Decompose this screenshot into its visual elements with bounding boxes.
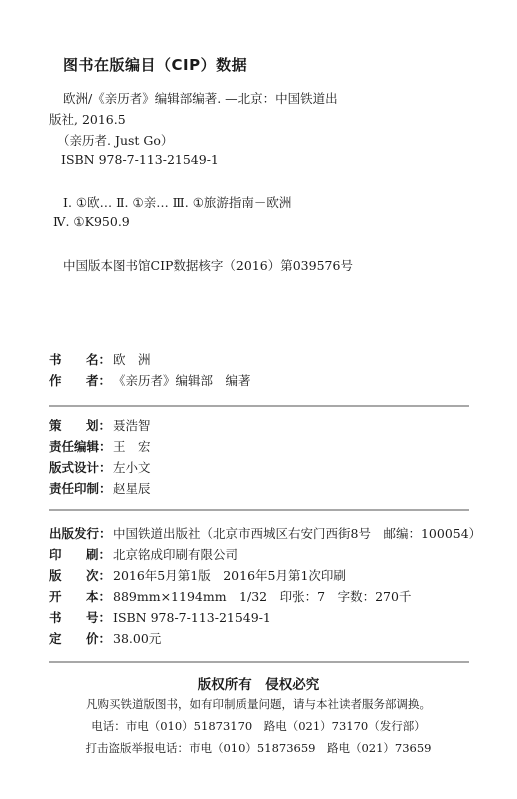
format-value: 889mm×1194mm 1/32 印张：7 字数：270千 (113, 587, 411, 605)
cip-line-classification: Ⅰ. ①欧… Ⅱ. ①亲… Ⅲ. ①旅游指南－欧洲 (63, 193, 291, 211)
copyright-notice: 凡购买铁道版图书，如有印制质量问题，请与本社读者服务部调换。 (0, 696, 517, 712)
divider (49, 509, 469, 511)
publication-row: 版次： 2016年5月第1版 2016年5月第1次印刷 (49, 566, 346, 584)
label: 刷： (86, 545, 111, 563)
label: 开 (49, 587, 62, 605)
cip-title: 图书在版编目（CIP）数据 (63, 54, 247, 75)
label: 书 (49, 350, 62, 368)
label: 作 (49, 371, 62, 389)
label: 定 (49, 629, 62, 647)
label: 次： (86, 566, 111, 584)
copyright-title: 版权所有 侵权必究 (0, 673, 517, 693)
publication-row: 出版发行： 中国铁道出版社（北京市西城区右安门西街8号 邮编：100054） (49, 524, 481, 542)
label: 策 (49, 416, 62, 434)
book-title-row: 书名： 欧 洲 (49, 350, 151, 368)
staff-row: 责任编辑： 王 宏 (49, 437, 151, 455)
label: 责任印制 (49, 479, 99, 497)
label: 印 (49, 545, 62, 563)
divider (49, 661, 469, 663)
price-value: 38.00元 (113, 629, 161, 647)
staff-value: 聂浩智 (113, 416, 151, 434)
label: ： (99, 458, 112, 476)
edition-value: 2016年5月第1版 2016年5月第1次印刷 (113, 566, 346, 584)
book-title-value: 欧 洲 (113, 350, 151, 368)
staff-value: 赵星辰 (113, 479, 151, 497)
label: 出版发行 (49, 524, 99, 542)
staff-value: 王 宏 (113, 437, 151, 455)
publication-row: 书号： ISBN 978-7-113-21549-1 (49, 608, 271, 626)
staff-row: 策划： 聂浩智 (49, 416, 151, 434)
cip-line-2: 版社, 2016.5 (49, 110, 126, 128)
label: 责任编辑 (49, 437, 99, 455)
label: 版式设计 (49, 458, 99, 476)
cip-line-series: （亲历者. Just Go） (57, 131, 173, 149)
publication-row: 开本： 889mm×1194mm 1/32 印张：7 字数：270千 (49, 587, 411, 605)
publication-row: 定价： 38.00元 (49, 629, 161, 647)
label: ： (99, 524, 112, 542)
staff-row: 版式设计： 左小文 (49, 458, 151, 476)
author-row: 作者： 《亲历者》编辑部 编著 (49, 371, 251, 389)
copyright-phone: 电话：市电（010）51873170 路电（021）73170（发行部） (0, 718, 517, 734)
publisher-value: 中国铁道出版社（北京市西城区右安门西街8号 邮编：100054） (113, 524, 481, 542)
label: 划： (86, 416, 111, 434)
cip-line-verification: 中国版本图书馆CIP数据核字（2016）第039576号 (63, 256, 353, 274)
staff-value: 左小文 (113, 458, 151, 476)
author-value: 《亲历者》编辑部 编著 (113, 371, 251, 389)
label: 价： (86, 629, 111, 647)
cip-line-isbn: ISBN 978-7-113-21549-1 (61, 152, 219, 167)
label: 号： (86, 608, 111, 626)
divider (49, 405, 469, 407)
copyright-piracy-phone: 打击盗版举报电话：市电（010）51873659 路电（021）73659 (0, 740, 517, 756)
label: ： (99, 437, 112, 455)
publication-row: 印刷： 北京铭成印刷有限公司 (49, 545, 238, 563)
isbn-value: ISBN 978-7-113-21549-1 (113, 610, 271, 625)
label: 本： (86, 587, 111, 605)
label: ： (99, 479, 112, 497)
label: 版 (49, 566, 62, 584)
cip-line-classification-2: Ⅳ. ①K950.9 (53, 214, 130, 229)
cip-line-1: 欧洲/《亲历者》编辑部编著. —北京：中国铁道出 (63, 89, 338, 107)
label: 者： (86, 371, 111, 389)
label: 名： (86, 350, 111, 368)
staff-row: 责任印制： 赵星辰 (49, 479, 151, 497)
label: 书 (49, 608, 62, 626)
printer-value: 北京铭成印刷有限公司 (113, 545, 238, 563)
